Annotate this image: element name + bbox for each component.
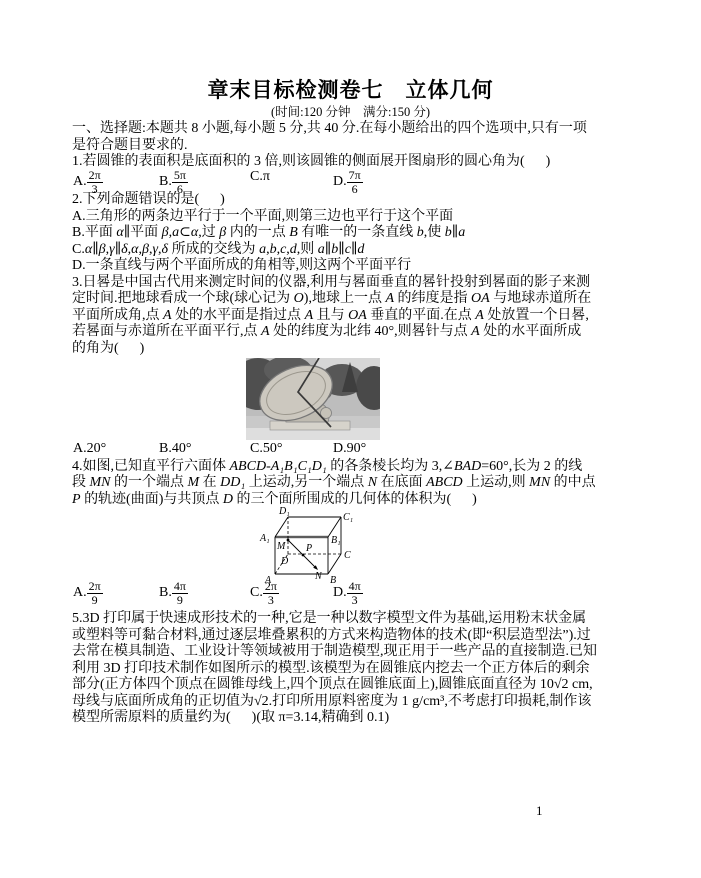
q5-stem-line1: 5.3D 打印属于快速成形技术的一种,它是一种以数字模型文件为基础,运用粉末状金… [72, 610, 586, 627]
point-label-p: P [305, 543, 312, 554]
q4-options-row: A.2π9 B.4π9 C.2π3 D.4π3 [0, 580, 701, 610]
q2-option-b: B.平面 α∥平面 β,a⊂α,过 β 内的一点 B 有唯一的一条直线 b,使 … [72, 224, 465, 241]
vertex-label-d1: D₁ [278, 506, 290, 517]
sundial-photo [246, 358, 380, 440]
q4-option-c: C.2π3 [250, 580, 279, 606]
parallelepiped-figure: D₁ C₁ A₁ B₁ D C A B M P N [257, 502, 379, 588]
q5-stem-line7: 模型所需原料的质量约为( )(取 π=3.14,精确到 0.1) [72, 709, 389, 726]
exam-page: 章末目标检测卷七 立体几何 (时间:120 分钟 满分:150 分) 一、选择题… [0, 0, 701, 878]
fraction: 2π9 [87, 580, 103, 606]
vertex-label-d: D [280, 556, 289, 567]
q3-option-b: B.40° [159, 441, 191, 457]
vertex-label-b1: B₁ [331, 535, 341, 546]
q3-stem-line1: 3.日晷是中国古代用来测定时间的仪器,利用与晷面垂直的晷针投射到晷面的影子来测 [72, 274, 590, 291]
q3-option-a: A.20° [73, 441, 106, 457]
vertex-label-a1: A₁ [259, 533, 270, 544]
q5-stem-line5: 部分(正方体四个顶点在圆锥母线上,四个顶点在圆锥底面上),圆锥底面直径为 10√… [72, 676, 593, 693]
q4-option-a: A.2π9 [73, 580, 103, 606]
q3-stem-line4: 若晷面与赤道所在平面平行,点 A 处的纬度为北纬 40°,则晷针与点 A 处的水… [72, 323, 581, 340]
q5-stem-line6: 母线与底面所成角的正切值为√2.打印所用原料密度为 1 g/cm³,不考虑打印损… [72, 693, 591, 710]
fraction: 4π3 [347, 580, 363, 606]
q1-stem: 1.若圆锥的表面积是底面积的 3 倍,则该圆锥的侧面展开图扇形的圆心角为( ) [72, 153, 550, 170]
fraction: 2π3 [263, 580, 279, 606]
q4-option-b: B.4π9 [159, 580, 188, 606]
q2-stem: 2.下列命题错误的是( ) [72, 191, 225, 208]
q3-stem-line5: 的角为( ) [72, 340, 144, 357]
q4-option-d: D.4π3 [333, 580, 363, 606]
page-number: 1 [536, 803, 543, 819]
section1-instructions-line1: 一、选择题:本题共 8 小题,每小题 5 分,共 40 分.在每小题给出的四个选… [72, 120, 587, 137]
exam-info: (时间:120 分钟 满分:150 分) [0, 102, 701, 120]
q1-option-c: C.π [250, 169, 270, 185]
q3-option-c: C.50° [250, 441, 282, 457]
q3-stem-line3: 平面所成角,点 A 处的水平面是指过点 A 且与 OA 垂直的平面.在点 A 处… [72, 307, 589, 324]
q5-stem-line4: 利用 3D 打印技术制作如图所示的模型.该模型为在圆锥底内挖去一个正方体后的剩余 [72, 660, 590, 677]
q3-option-d: D.90° [333, 441, 366, 457]
q4-stem-line1: 4.如图,已知直平行六面体 ABCD-A₁B₁C₁D₁ 的各条棱长均为 3,∠B… [72, 458, 582, 475]
section1-instructions-line2: 是符合题目要求的. [72, 137, 188, 154]
q5-stem-line2: 或塑料等可黏合材料,通过逐层堆叠累积的方式来构造物体的技术(即“积层造型法”).… [72, 627, 591, 644]
q3-stem-line2: 定时间.把地球看成一个球(球心记为 O),地球上一点 A 的纬度是指 OA 与地… [72, 290, 591, 307]
vertex-label-c: C [344, 550, 351, 561]
point-label-m: M [276, 541, 286, 552]
fraction: 4π9 [172, 580, 188, 606]
q2-option-a: A.三角形的两条边平行于一个平面,则第三边也平行于这个平面 [72, 208, 453, 225]
q1-option-d: D.7π6 [333, 169, 363, 195]
q2-option-d: D.一条直线与两个平面所成的角相等,则这两个平面平行 [72, 257, 411, 274]
q2-option-c: C.α∥β,γ∥δ,α,β,γ,δ 所成的交线为 a,b,c,d,则 a∥b∥c… [72, 241, 364, 258]
page-title: 章末目标检测卷七 立体几何 [0, 74, 701, 104]
q4-stem-line2: 段 MN 的一个端点 M 在 DD₁ 上运动,另一个端点 N 在底面 ABCD … [72, 474, 596, 491]
vertex-label-c1: C₁ [343, 512, 353, 523]
fraction: 7π6 [347, 169, 363, 195]
q5-stem-line3: 去常在模具制造、工业设计等领域被用于制造模型,现正用于一些产品的直接制造.已知 [72, 643, 597, 660]
